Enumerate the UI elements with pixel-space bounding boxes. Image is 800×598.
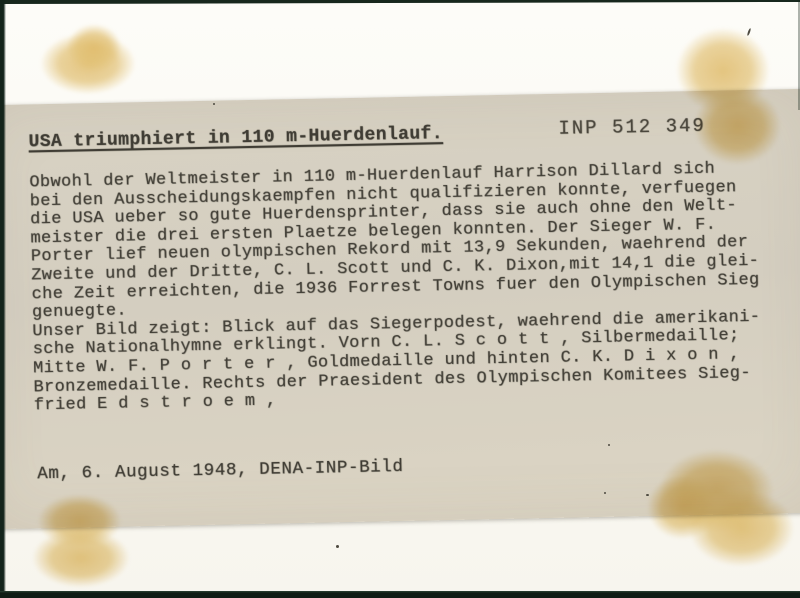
credit-line: Am, 6. August 1948, DENA-INP-Bild (37, 457, 404, 484)
body-text: Obwohl der Weltmeister in 110 m-Huerdenl… (29, 160, 762, 416)
photo-scan: USA triumphiert in 110 m-Huerdenlauf. IN… (0, 0, 800, 598)
paper-speck (646, 494, 649, 496)
photo-edge-bottom (0, 591, 800, 598)
photo-number: INP 512 349 (558, 115, 706, 140)
photo-edge-left (0, 0, 6, 598)
paper-speck (608, 444, 610, 446)
headline: USA triumphiert in 110 m-Huerdenlauf. (28, 124, 443, 152)
caption-card: USA triumphiert in 110 m-Huerdenlauf. IN… (0, 89, 800, 530)
paper-speck (213, 103, 215, 105)
paper-speck (604, 492, 606, 494)
paper-speck (336, 545, 339, 548)
